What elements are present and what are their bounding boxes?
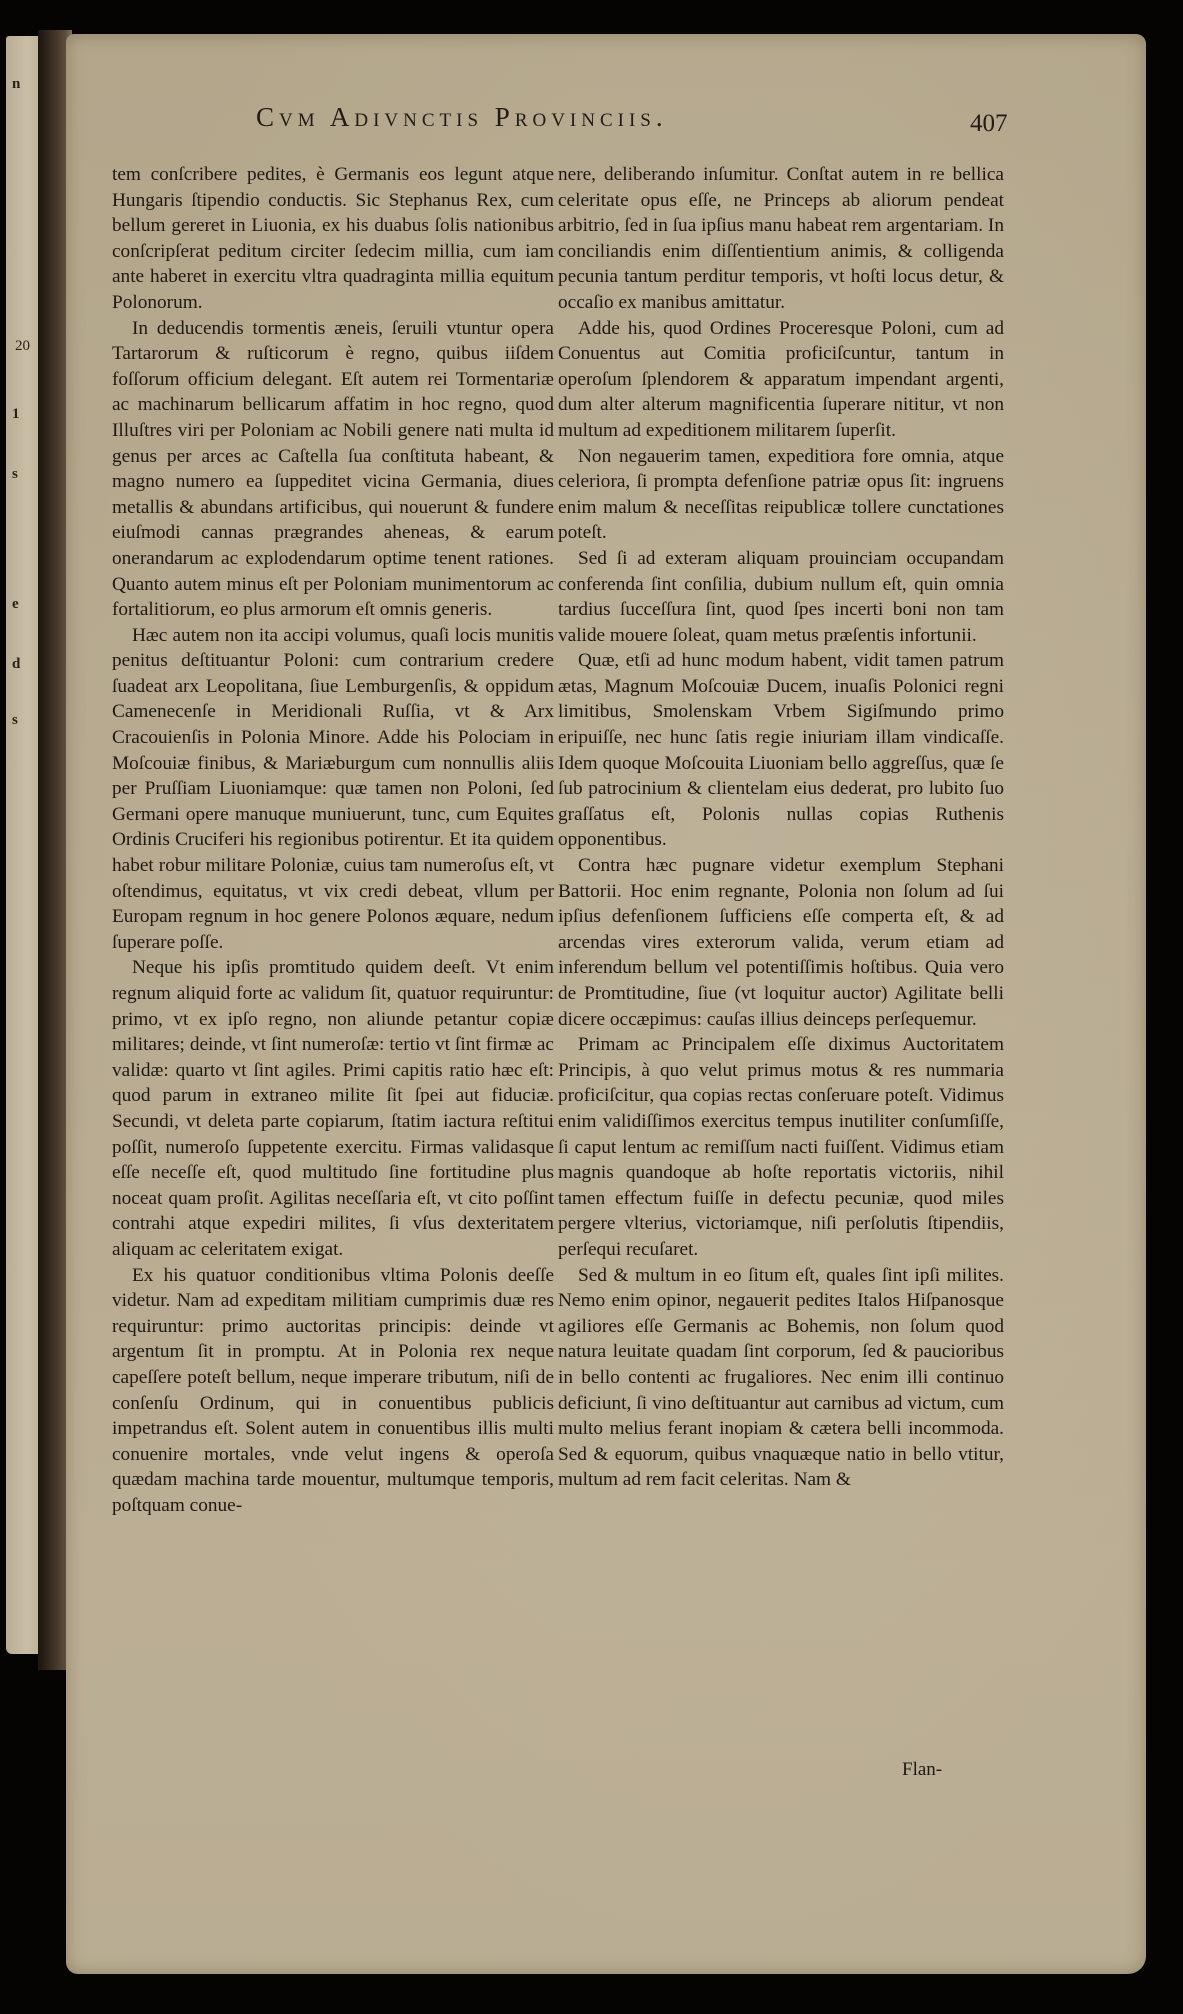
paragraph: nere, deliberando inſumitur. Conſtat aut… [558, 162, 1004, 316]
paragraph: Non negauerim tamen, expeditiora fore om… [558, 444, 1004, 546]
facing-page-edge: 20 n 1 s e d s [6, 36, 40, 1654]
catchword: Flan- [902, 1759, 942, 1781]
book-page: Cvm Adivnctis Provinciis. 407 tem conſcr… [66, 34, 1146, 1974]
margin-glyph: d [12, 656, 20, 673]
paragraph: Ex his quatuor conditionibus vltima Polo… [112, 1263, 554, 1519]
paragraph: Primam ac Principalem eſſe diximus Aucto… [558, 1032, 1004, 1262]
text-column-right: nere, deliberando inſumitur. Conſtat aut… [558, 162, 1004, 1493]
margin-line-number: 20 [15, 338, 30, 355]
paragraph: Quæ, etſi ad hunc modum habent, vidit ta… [558, 648, 1004, 853]
margin-glyph: e [12, 596, 19, 613]
page-number: 407 [970, 110, 1008, 138]
paragraph: In deducendis tormentis æneis, ſeruili v… [112, 316, 554, 623]
margin-glyph: s [12, 466, 18, 483]
margin-glyph: 1 [12, 406, 20, 423]
paragraph: Contra hæc pugnare videtur exemplum Step… [558, 853, 1004, 1032]
running-head: Cvm Adivnctis Provinciis. [256, 102, 668, 133]
paragraph: Neque his ipſis promtitudo quidem deeſt.… [112, 955, 554, 1262]
paragraph: Adde his, quod Ordines Proceresque Polon… [558, 316, 1004, 444]
margin-glyph: s [12, 712, 18, 729]
paragraph: tem conſcribere pedites, è Germanis eos … [112, 162, 554, 316]
margin-glyph: n [12, 76, 20, 93]
text-column-left: tem conſcribere pedites, è Germanis eos … [112, 162, 554, 1518]
paragraph: Hæc autem non ita accipi volumus, quaſi … [112, 623, 554, 956]
paragraph: Sed ſi ad exteram aliquam prouinciam occ… [558, 546, 1004, 648]
paragraph: Sed & multum in eo ſitum eſt, quales ſin… [558, 1263, 1004, 1493]
